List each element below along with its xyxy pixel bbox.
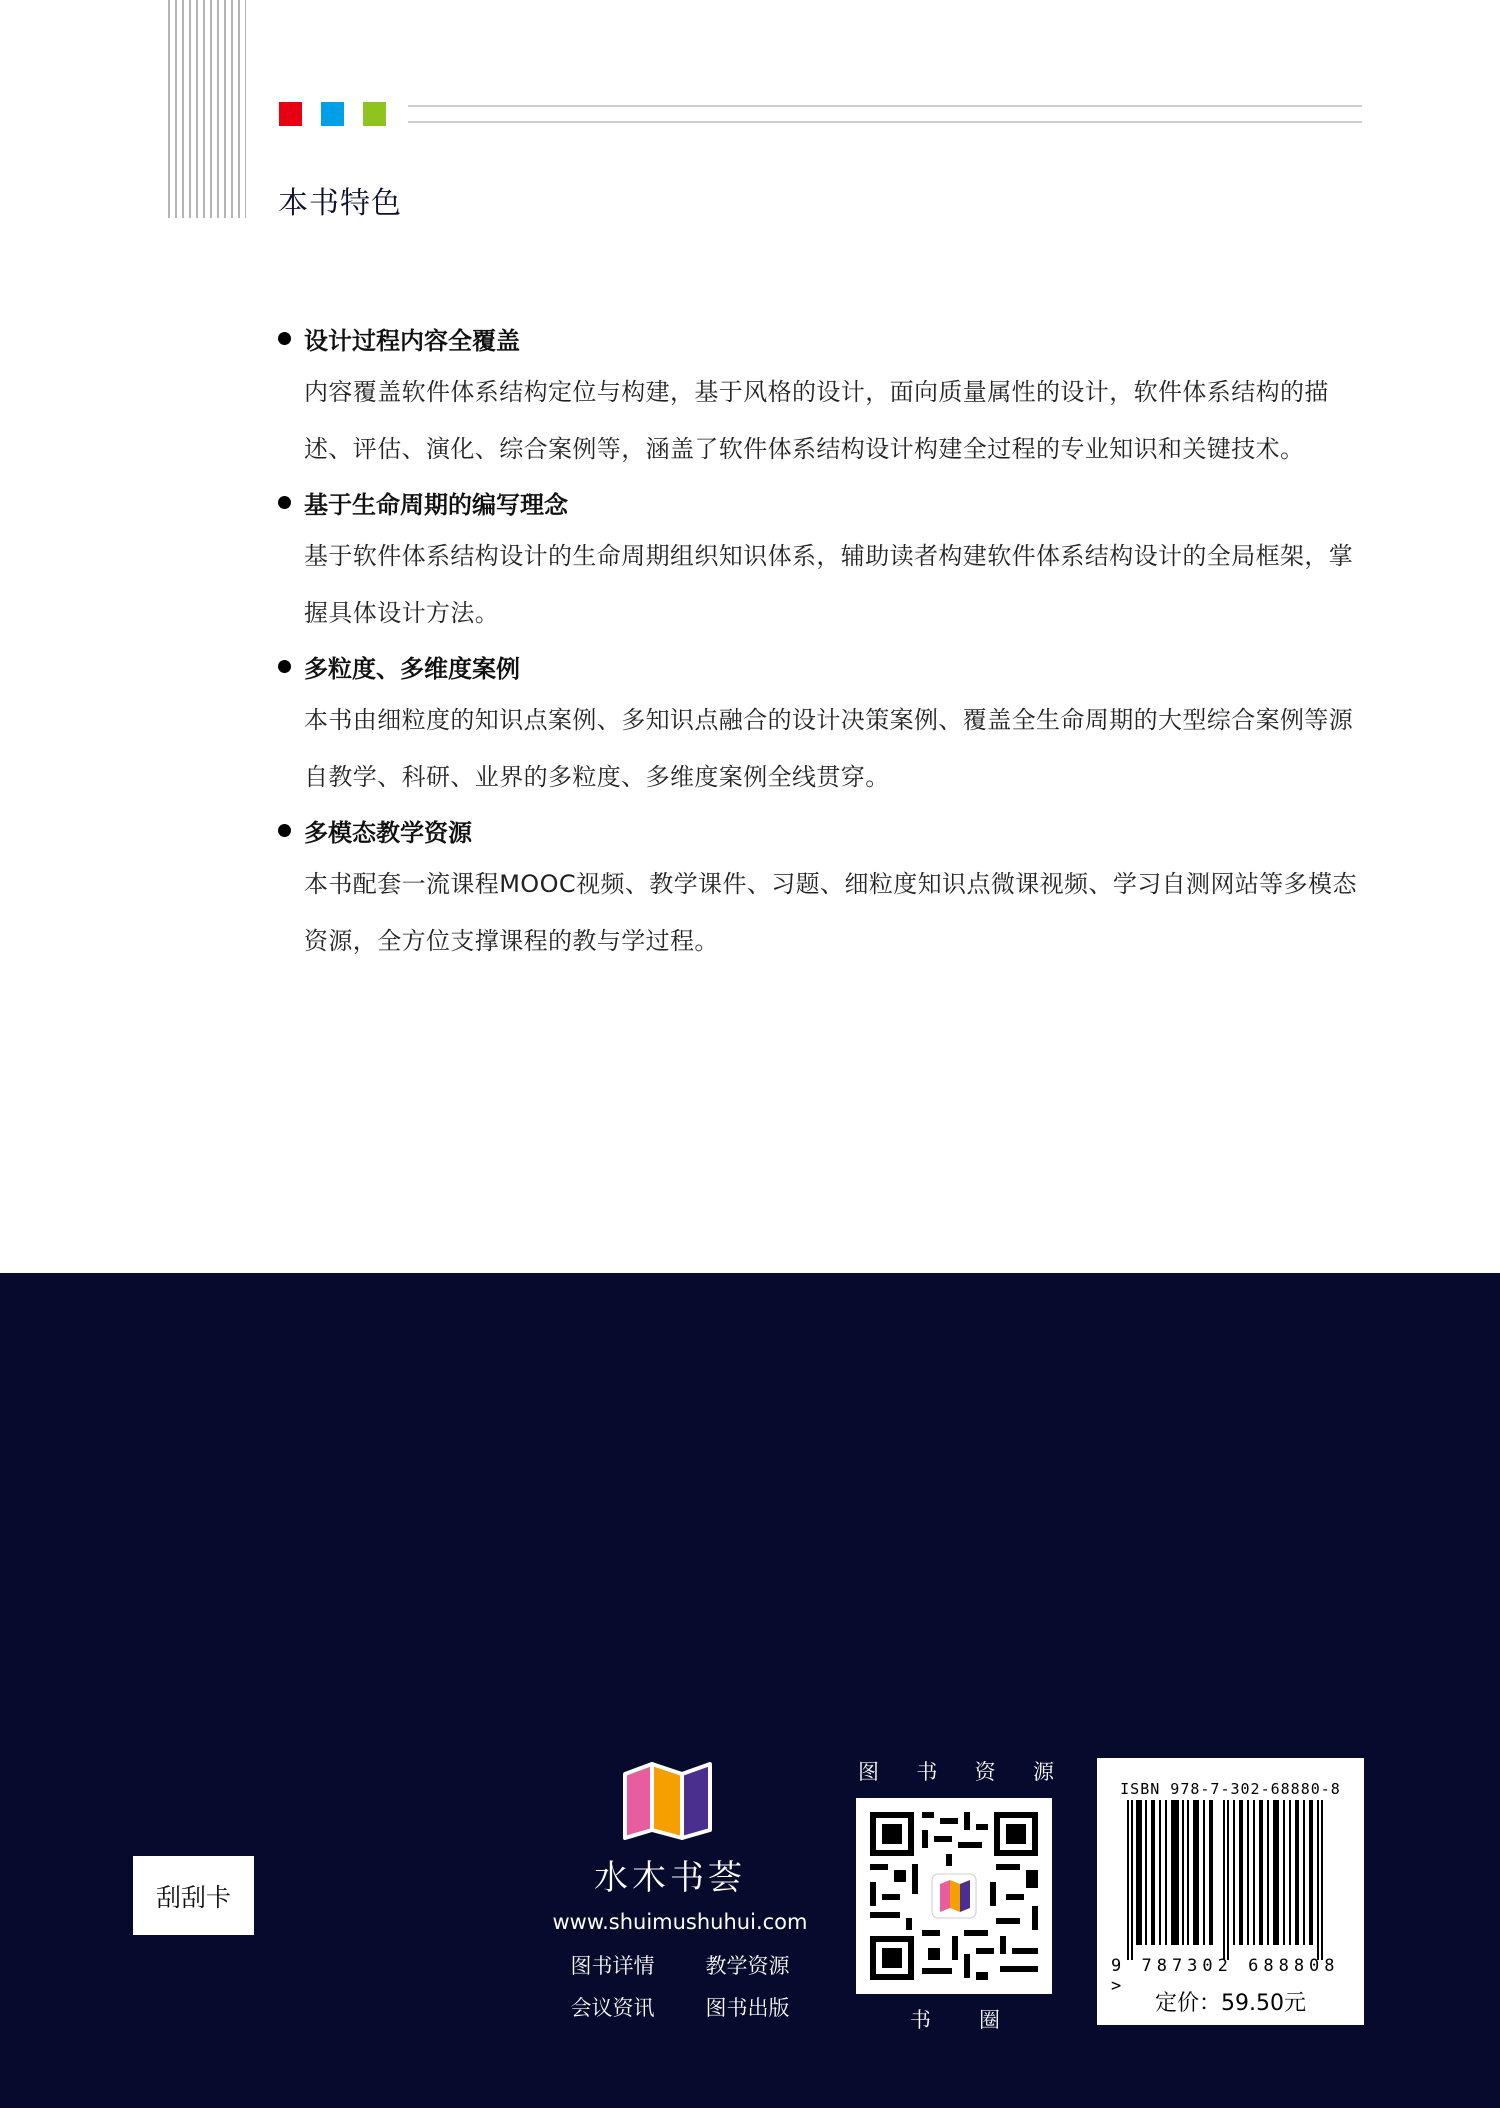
qr-code-icon [856, 1798, 1052, 1994]
divider-line [408, 105, 1362, 107]
feature-body: 本书由细粒度的知识点案例、多知识点融合的设计决策案例、覆盖全生命周期的大型综合案… [304, 692, 1368, 806]
feature-heading: 设计过程内容全覆盖 [304, 321, 520, 356]
blue-square-icon [321, 102, 344, 126]
isbn-label: ISBN 978-7-302-68880-8 [1097, 1780, 1364, 1798]
bullet-icon [278, 660, 291, 673]
website-link[interactable]: www.shuimushuhui.com [530, 1910, 830, 1934]
brand-name: 水木书荟 [560, 1850, 780, 1899]
bullet-icon [278, 496, 291, 509]
qr-caption-char: 圈 [979, 2004, 1000, 2034]
feature-body: 本书配套一流课程MOOC视频、教学课件、习题、细粒度知识点微课视频、学习自测网站… [304, 856, 1368, 970]
green-square-icon [363, 102, 386, 126]
feature-heading: 基于生命周期的编写理念 [304, 485, 568, 520]
qr-caption-char: 书 [910, 2004, 931, 2034]
feature-heading: 多模态教学资源 [304, 813, 472, 848]
qr-title-char: 资 [975, 1756, 996, 1786]
link-conference-news[interactable]: 会议资讯 [560, 1992, 665, 2022]
qr-title-char: 源 [1033, 1756, 1054, 1786]
feature-item: 多模态教学资源 本书配套一流课程MOOC视频、教学课件、习题、细粒度知识点微课视… [278, 810, 1368, 970]
scratch-card[interactable]: 刮刮卡 [133, 1856, 254, 1935]
link-book-publishing[interactable]: 图书出版 [695, 1992, 800, 2022]
feature-body: 内容覆盖软件体系结构定位与构建，基于风格的设计，面向质量属性的设计，软件体系结构… [304, 364, 1368, 478]
feature-list: 设计过程内容全覆盖 内容覆盖软件体系结构定位与构建，基于风格的设计，面向质量属性… [278, 318, 1368, 974]
bullet-icon [278, 824, 291, 837]
qr-title-char: 书 [916, 1756, 937, 1786]
price-label: 定价：59.50元 [1097, 1986, 1364, 2017]
feature-item: 多粒度、多维度案例 本书由细粒度的知识点案例、多知识点融合的设计决策案例、覆盖全… [278, 646, 1368, 806]
section-title: 本书特色 [278, 178, 402, 222]
feature-item: 设计过程内容全覆盖 内容覆盖软件体系结构定位与构建，基于风格的设计，面向质量属性… [278, 318, 1368, 478]
divider-line [408, 121, 1362, 123]
qr-title-char: 图 [858, 1756, 879, 1786]
brand-links-row: 会议资讯 图书出版 [560, 1992, 800, 2022]
feature-heading: 多粒度、多维度案例 [304, 649, 520, 684]
qr-code[interactable] [856, 1798, 1052, 1994]
qr-caption: 书 圈 [910, 2004, 1000, 2034]
qr-title: 图 书 资 源 [858, 1756, 1054, 1786]
link-teaching-resources[interactable]: 教学资源 [695, 1950, 800, 1980]
decorative-vertical-lines [168, 0, 246, 218]
barcode-icon [1127, 1800, 1337, 1960]
feature-item: 基于生命周期的编写理念 基于软件体系结构设计的生命周期组织知识体系，辅助读者构建… [278, 482, 1368, 642]
isbn-barcode: ISBN 978-7-302-68880-8 9 787302 688808 >… [1097, 1758, 1364, 2025]
feature-body: 基于软件体系结构设计的生命周期组织知识体系，辅助读者构建软件体系结构设计的全局框… [304, 528, 1368, 642]
bullet-icon [278, 332, 291, 345]
link-book-details[interactable]: 图书详情 [560, 1950, 665, 1980]
red-square-icon [279, 102, 302, 126]
brand-logo-icon [620, 1760, 716, 1842]
brand-links-row: 图书详情 教学资源 [560, 1950, 800, 1980]
